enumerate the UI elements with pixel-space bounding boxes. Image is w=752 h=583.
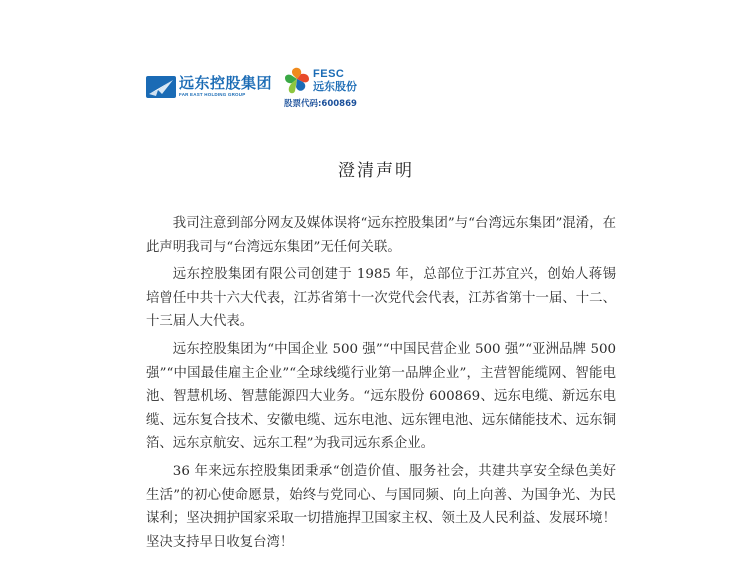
multicolor-pinwheel-icon <box>282 66 312 96</box>
paragraph-4: 36 年来远东控股集团秉承“创造价值、服务社会，共建共享安全绿色美好生活”的初心… <box>146 460 616 554</box>
stock-code: 股票代码:600869 <box>284 97 357 109</box>
header-logos: 远东控股集团 FAR EAST HOLDING GROUP FESC 远东股份 … <box>146 64 357 110</box>
paragraph-3: 远东控股集团为“中国企业 500 强”“中国民营企业 500 强”“亚洲品牌 5… <box>146 338 616 456</box>
document-body: 我司注意到部分网友及媒体误将“远东控股集团”与“台湾远东集团”混淆，在此声明我司… <box>146 212 616 558</box>
paragraph-2: 远东控股集团有限公司创建于 1985 年，总部位于江苏宜兴，创始人蒋锡培曾任中共… <box>146 263 616 334</box>
paper-plane-emblem-icon <box>146 76 176 98</box>
far-east-holding-logo: 远东控股集团 FAR EAST HOLDING GROUP <box>146 76 272 98</box>
group-name-cn: 远东控股集团 <box>179 76 272 91</box>
document-title: 澄清声明 <box>0 156 752 181</box>
fesc-name-cn: 远东股份 <box>313 81 357 92</box>
paragraph-1: 我司注意到部分网友及媒体误将“远东控股集团”与“台湾远东集团”混淆，在此声明我司… <box>146 212 616 259</box>
fesc-logo: FESC 远东股份 股票代码:600869 <box>282 66 357 109</box>
fesc-name-en: FESC <box>313 69 357 80</box>
group-name-en: FAR EAST HOLDING GROUP <box>179 93 272 98</box>
